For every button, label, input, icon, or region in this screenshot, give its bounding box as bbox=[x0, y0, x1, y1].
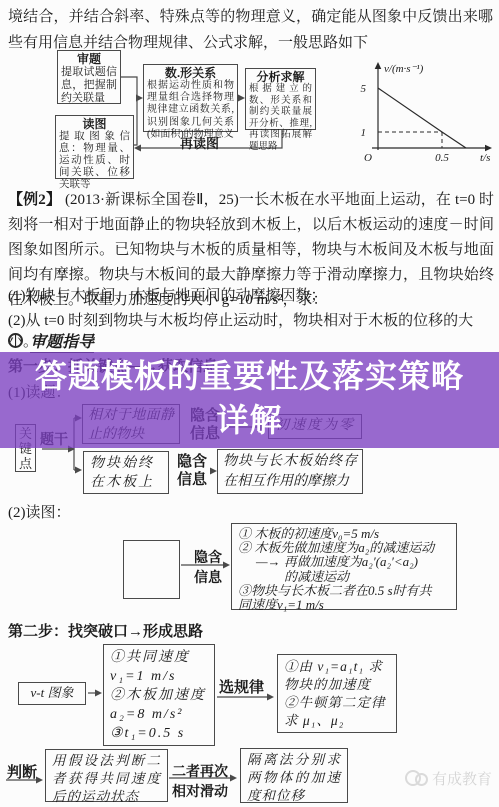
box-body: 提取试题信息，把握制约关联量 bbox=[58, 66, 120, 105]
intro-paragraph: 境结合，并结合斜率、特殊点等的物理意义，确定能从图象中反馈出来哪些有用信息并结合… bbox=[8, 4, 493, 56]
box-title: 读图 bbox=[56, 116, 133, 131]
branch2-hidden-label: 隐含信息 bbox=[175, 453, 209, 489]
vt-graph: v/(m·s⁻¹) 5 1 O 0.5 t/s bbox=[361, 62, 493, 164]
law-line: ①由 v₁=a₁t₁ 求 bbox=[284, 658, 390, 676]
note-line: ② 木板先做加速度为a₂的减速运动 bbox=[238, 541, 450, 555]
isolation-method-text: 隔离法分别求两物体的加速度和位移 bbox=[247, 752, 341, 803]
watermark-text: 有成教育 bbox=[432, 768, 492, 789]
box-body: 根据建立的数、形关系和制约关联量展开分析、推理,再读图拓展解题思路 bbox=[246, 84, 315, 153]
flowchart-box-fenxi: 分析求解 根据建立的数、形关系和制约关联量展开分析、推理,再读图拓展解题思路 bbox=[245, 68, 316, 130]
isolation-method-box: 隔离法分别求两物体的加速度和位移 bbox=[240, 748, 348, 803]
example-label: 【例2】 bbox=[8, 192, 61, 208]
fact-line: ②木板加速度 bbox=[110, 686, 208, 705]
note-line: 的减速运动 bbox=[238, 570, 450, 584]
graph-ylabel: v/(m·s⁻¹) bbox=[384, 63, 424, 75]
guide-heading-row: 审题指导 bbox=[8, 329, 94, 352]
vt-diagram-box: v-t 图象 bbox=[18, 682, 86, 705]
box-title: 审题 bbox=[58, 51, 120, 66]
flowchart-box-shuxing: 数.形关系 根据运动性质和物理量组合选择物理规律建立函数关系,识别图象几何关系(… bbox=[143, 64, 238, 132]
guide-heading: 审题指导 bbox=[30, 334, 94, 353]
fact-line: ③t₁=0.5 s bbox=[110, 724, 208, 743]
feedback-arrow-label: 再读图 bbox=[180, 133, 219, 152]
slide-again-label-top: 二者再次 bbox=[172, 761, 228, 781]
watermark: 有成教育 bbox=[405, 767, 492, 790]
flowchart-box-shenti: 审题 提取试题信息，把握制约关联量 bbox=[57, 50, 121, 104]
note-line: ① 木板的初速度v₀=5 m/s bbox=[238, 527, 450, 541]
mini-graph-frame bbox=[123, 540, 180, 599]
select-rule-label: 选规律 bbox=[219, 676, 264, 697]
judge-label: 判断 bbox=[7, 761, 37, 782]
box-body: 提取图象信息：物理量、运动性质、时间关联、位移关联等 bbox=[56, 131, 133, 191]
circle-bullet-icon bbox=[8, 333, 23, 348]
branch2-to-box: 物块与长木板始终存在相互作用的摩擦力 bbox=[217, 449, 363, 494]
box-title: 数.形关系 bbox=[144, 65, 237, 80]
fact-line: ①共同速度 bbox=[110, 648, 208, 667]
step1b-label: (2)读图： bbox=[8, 501, 71, 522]
step1b-hidden-top: 隐含 bbox=[190, 548, 226, 566]
fact-line: a₂=8 m/s² bbox=[110, 705, 208, 724]
graph-tick-1: 1 bbox=[361, 127, 367, 139]
fact-line: v₁=1 m/s bbox=[110, 667, 208, 686]
law-line: 求 μ₁、μ₂ bbox=[284, 712, 390, 730]
law-line: 物块的加速度 bbox=[284, 676, 390, 694]
banner-title: 答题模板的重要性及落实策略 详解 bbox=[0, 354, 499, 442]
scanned-textbook-page: v/(m·s⁻¹) 5 1 O 0.5 t/s bbox=[0, 0, 499, 807]
judge-method-box: 用假设法判断二者获得共同速度后的运动状态 bbox=[45, 749, 168, 802]
note-line: 同速度v₁=1 m/s bbox=[238, 598, 450, 612]
note-line: —→ 再做加速度为a₂′(a₂′<a₂) bbox=[238, 555, 450, 569]
graph-xlabel: t/s bbox=[480, 152, 490, 164]
example-question-1: (1)物块与木板间、木板与地面间的动摩擦因数； bbox=[8, 284, 326, 305]
banner-title-line2: 详解 bbox=[0, 398, 499, 442]
slide-again-label-bottom: 相对滑动 bbox=[172, 781, 228, 801]
graph-tick-5: 5 bbox=[361, 83, 367, 95]
note-line: ③物块与长木板二者在0.5 s时有共 bbox=[238, 584, 450, 598]
judge-method-text: 用假设法判断二者获得共同速度后的运动状态 bbox=[52, 753, 161, 804]
laws-box: ①由 v₁=a₁t₁ 求 物块的加速度 ②牛顿第二定律 求 μ₁、μ₂ bbox=[277, 654, 397, 733]
graph-tick-05: 0.5 bbox=[435, 152, 449, 164]
flowchart-box-dutu: 读图 提取图象信息：物理量、运动性质、时间关联、位移关联等 bbox=[55, 115, 134, 179]
facts-box: ①共同速度 v₁=1 m/s ②木板加速度 a₂=8 m/s² ③t₁=0.5 … bbox=[103, 644, 215, 746]
watermark-logo-icon bbox=[405, 767, 428, 790]
box-body: 根据运动性质和物理量组合选择物理规律建立函数关系,识别图象几何关系(如面积)的物… bbox=[144, 80, 237, 141]
step2-heading: 第二步：找突破口→形成思路 bbox=[8, 620, 203, 641]
graph-notes-box: ① 木板的初速度v₀=5 m/s ② 木板先做加速度为a₂的减速运动 —→ 再做… bbox=[231, 523, 457, 610]
step1b-hidden-bottom: 信息 bbox=[190, 568, 226, 586]
graph-origin: O bbox=[364, 152, 372, 164]
branch2-from-box: 物块始终在木板上 bbox=[83, 451, 169, 494]
banner-title-line1: 答题模板的重要性及落实策略 bbox=[0, 354, 499, 398]
box-title: 分析求解 bbox=[246, 69, 315, 84]
law-line: ②牛顿第二定律 bbox=[284, 694, 390, 712]
